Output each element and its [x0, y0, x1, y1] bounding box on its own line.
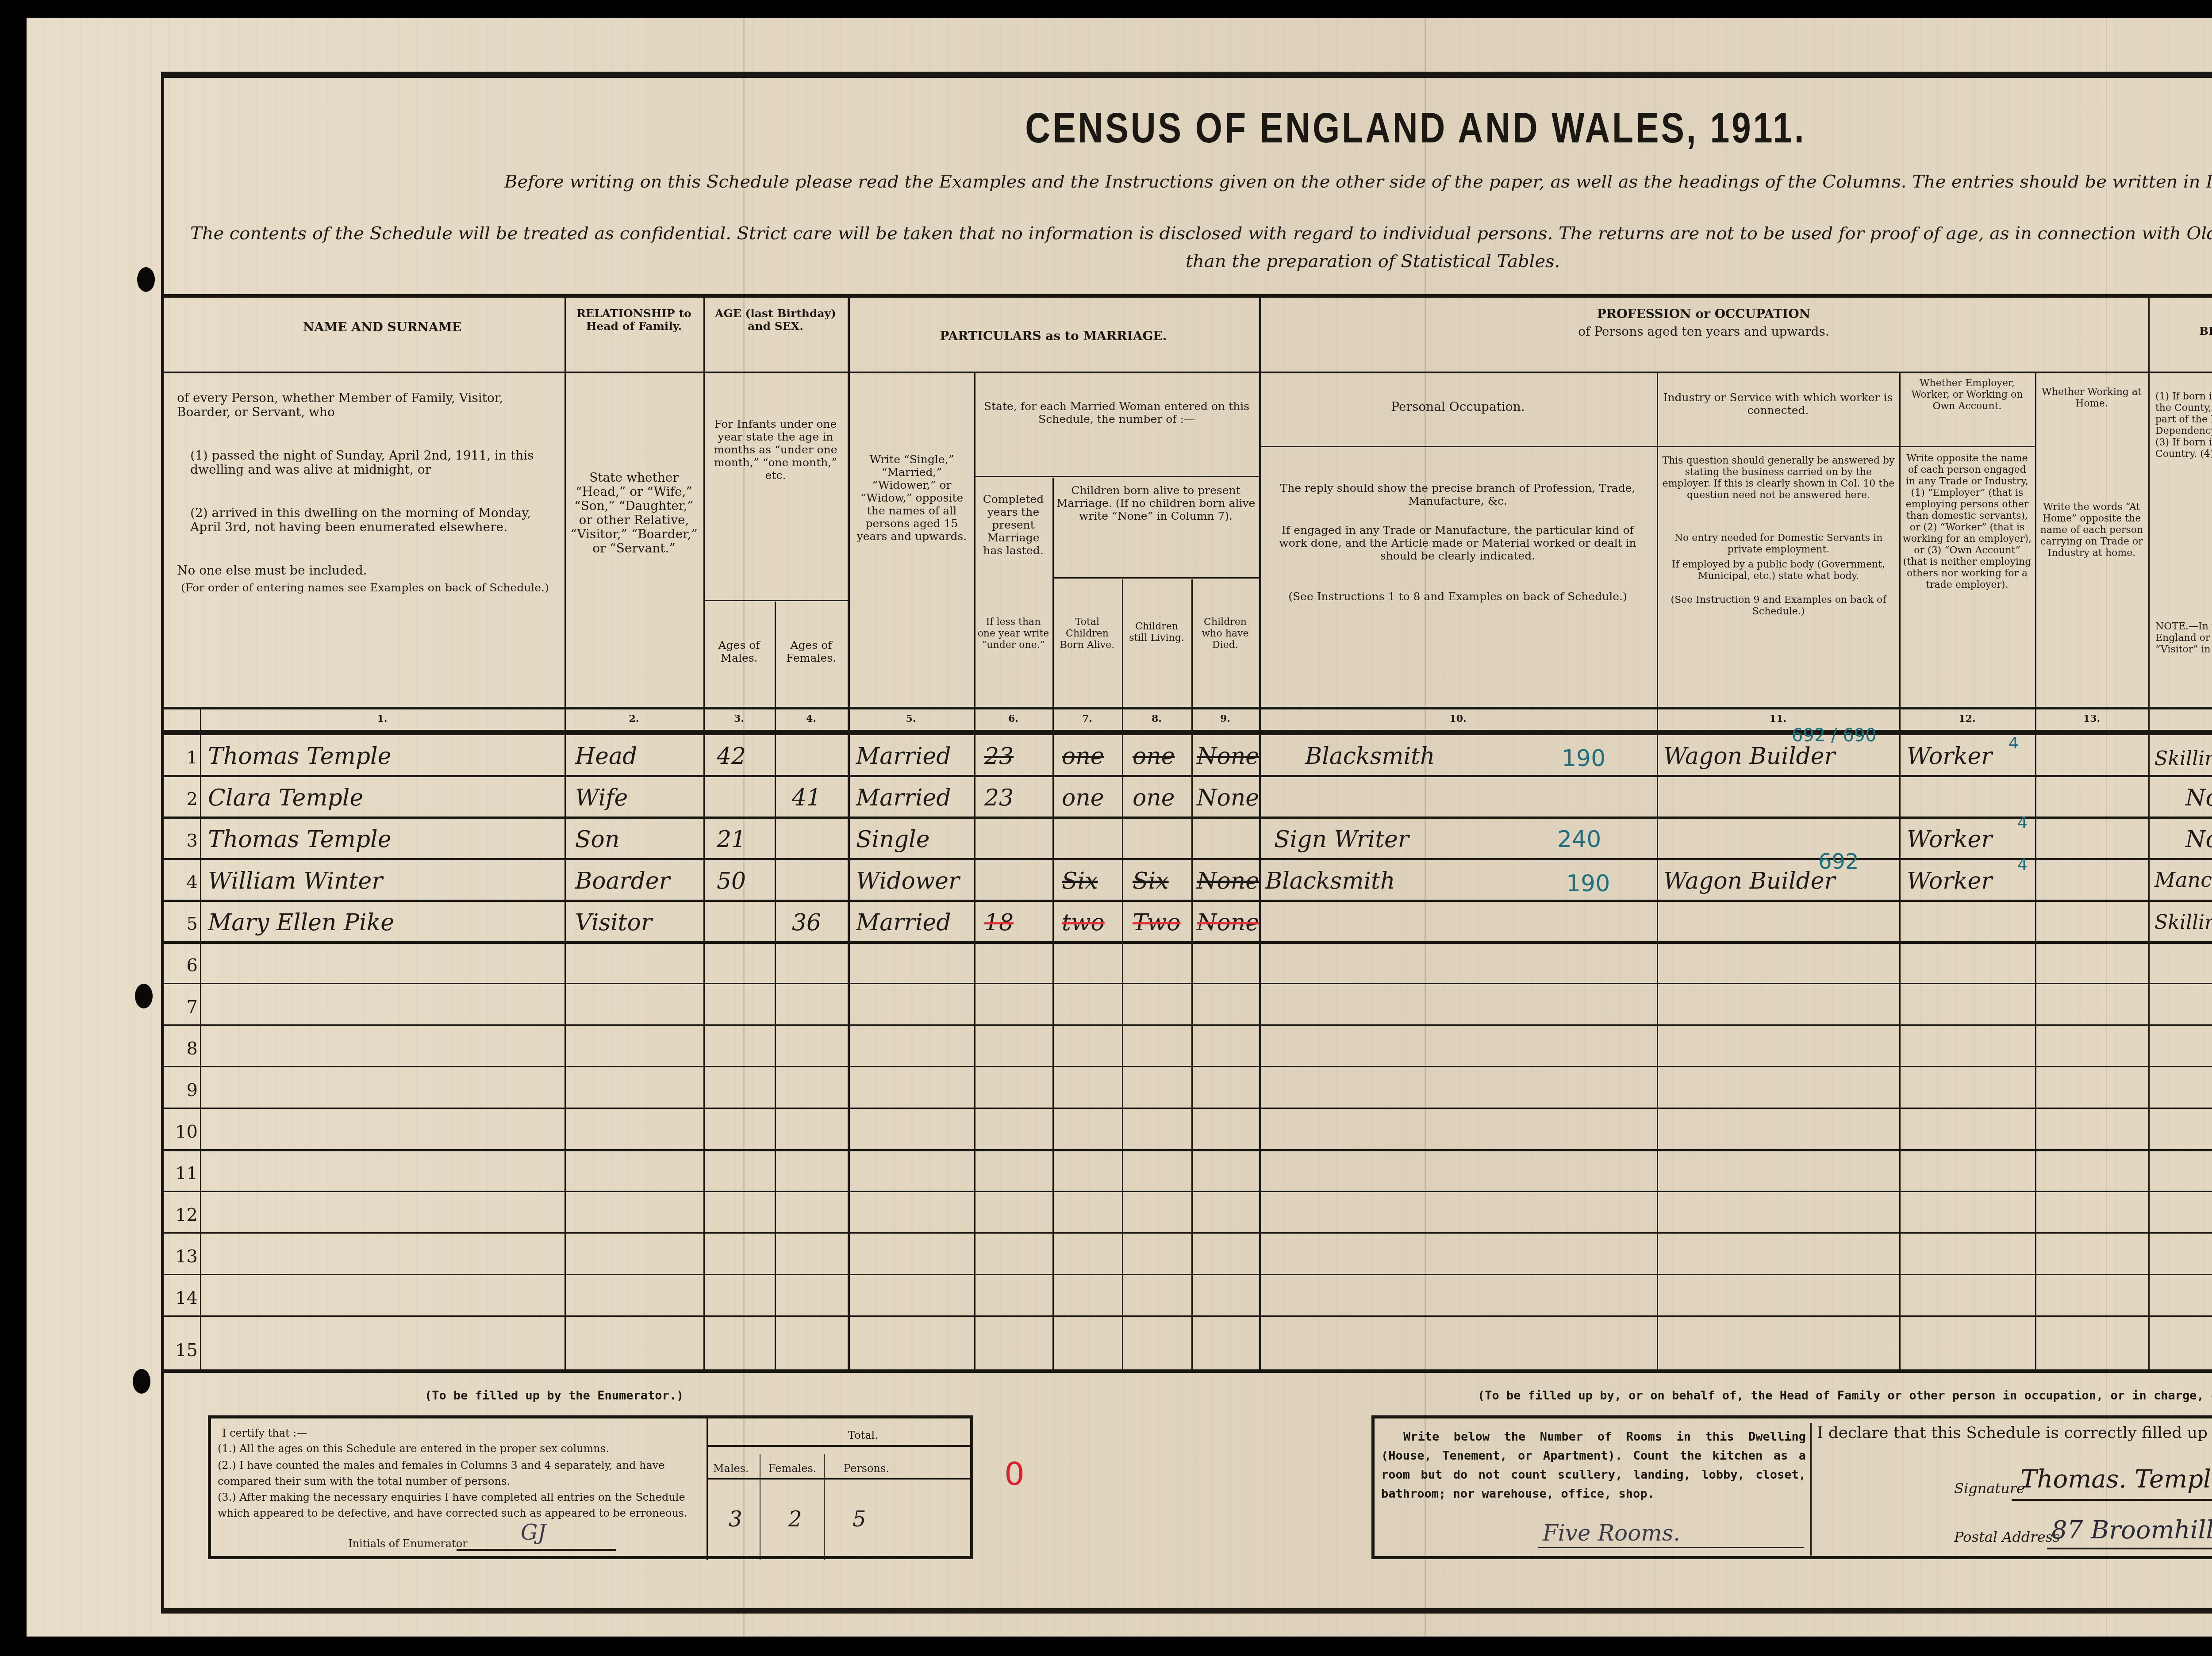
header-birthplace: BIRTHPLACE of every person.: [2148, 323, 2212, 339]
left-border-lower: [161, 1371, 164, 1612]
enumerator-box: I certify that :— (1.) All the ages on t…: [208, 1415, 973, 1559]
col-number: 2.: [565, 713, 703, 724]
red-circle-mark: 0: [1004, 1455, 1025, 1492]
row-number: 1: [161, 747, 198, 768]
header-occ-desc2: If engaged in any Trade or Manufacture, …: [1265, 522, 1650, 564]
cell-employment[interactable]: Worker: [1907, 826, 1992, 853]
total-males[interactable]: 3: [729, 1507, 742, 1532]
row-number: 11: [161, 1163, 198, 1184]
cell-living[interactable]: one: [1133, 785, 1175, 811]
total-persons[interactable]: 5: [853, 1507, 866, 1532]
cell-industry-code: 692: [1818, 849, 1859, 874]
row-number: 2: [161, 789, 198, 809]
col-line: [1191, 579, 1193, 1371]
cell-occupation-code: 240: [1557, 826, 1601, 853]
header-employment: Whether Employer, Worker, or Working on …: [1899, 376, 2035, 414]
cell-born-alive[interactable]: one: [1062, 743, 1104, 770]
cell-name[interactable]: William Winter: [208, 868, 383, 894]
cell-marital[interactable]: Married: [856, 785, 951, 811]
cell-relationship[interactable]: Boarder: [575, 868, 670, 894]
col-line: [1657, 373, 1658, 1371]
row-line: [161, 775, 2212, 777]
cell-industry[interactable]: Wagon Builder: [1663, 743, 1835, 770]
row-line: [161, 900, 2212, 902]
totals-rule: [707, 1445, 972, 1447]
address-label: Postal Address: [1954, 1529, 2060, 1545]
header-children-born: Total Children Born Alive.: [1052, 615, 1122, 653]
cell-name[interactable]: Thomas Temple: [208, 826, 391, 853]
header-name-desc4: No one else must be included.: [168, 562, 562, 579]
cell-died[interactable]: None: [1197, 868, 1259, 894]
header-children: Children born alive to present Marriage.…: [1052, 482, 1259, 524]
cell-marital[interactable]: Married: [856, 909, 951, 936]
household-divider: [1810, 1423, 1812, 1556]
cell-industry[interactable]: Wagon Builder: [1663, 868, 1835, 894]
row-line: [161, 1149, 2212, 1151]
cell-relationship[interactable]: Wife: [575, 785, 628, 811]
initials-value[interactable]: GJ: [521, 1520, 546, 1545]
cell-occupation-code: 190: [1562, 745, 1605, 772]
header-occ-desc3: (See Instructions 1 to 8 and Examples on…: [1265, 588, 1650, 605]
cell-occupation[interactable]: Blacksmith: [1265, 868, 1395, 894]
col-number: 3.: [703, 713, 775, 724]
sub-rule: [703, 600, 848, 601]
header-age: AGE (last Birthday) and SEX.: [703, 305, 848, 334]
row-line: [161, 1232, 2212, 1234]
totals-rule: [707, 1478, 972, 1480]
intro-line-2: The contents of the Schedule will be tre…: [190, 223, 2212, 244]
row-line: [161, 816, 2212, 819]
cell-birthplace[interactable]: Nottingham: [2185, 785, 2212, 811]
cell-living[interactable]: Six: [1133, 868, 1169, 894]
header-children-living: Children still Living.: [1122, 619, 1191, 646]
cell-marital[interactable]: Married: [856, 743, 951, 770]
row-number: 7: [161, 997, 198, 1017]
row-line: [161, 1024, 2212, 1026]
certify-item-2: (2.) I have counted the males and female…: [218, 1457, 695, 1489]
certify-label: I certify that :—: [222, 1425, 307, 1441]
col-number: 14.: [2148, 713, 2212, 724]
sub-rule: [1259, 446, 2035, 447]
row-number: 8: [161, 1039, 198, 1059]
signature-line: [2012, 1499, 2212, 1501]
rooms-line: [1538, 1547, 1804, 1548]
cell-age-male[interactable]: 42: [717, 743, 746, 770]
cell-employment[interactable]: Worker: [1907, 868, 1992, 894]
address-value[interactable]: 87 Broomhill Road Bulwell: [2051, 1516, 2212, 1545]
cell-born-alive[interactable]: two: [1062, 909, 1105, 936]
row-line: [161, 1191, 2212, 1192]
cell-died[interactable]: None: [1197, 743, 1259, 770]
cell-employment-code: 4: [2017, 856, 2028, 874]
intro-line-3: than the preparation of Statistical Tabl…: [1186, 251, 1560, 272]
header-industry: Industry or Service with which worker is…: [1657, 389, 1899, 418]
enumerator-caption: (To be filled up by the Enumerator.): [425, 1389, 684, 1403]
row-line: [161, 1274, 2212, 1275]
col-line: [1122, 579, 1123, 1371]
row-line: [161, 941, 2212, 944]
rooms-instruction: Write below the Number of Rooms in this …: [1381, 1427, 1806, 1503]
cell-marital[interactable]: Widower: [856, 868, 960, 894]
total-females[interactable]: 2: [788, 1507, 802, 1532]
cell-relationship[interactable]: Son: [575, 826, 619, 853]
header-marriage: PARTICULARS as to MARRIAGE.: [848, 327, 1259, 345]
header-at-home: Whether Working at Home.: [2035, 385, 2148, 411]
col-line: [2148, 298, 2150, 1371]
cell-occupation-code: 190: [1566, 870, 1610, 897]
col-number: 12.: [1899, 713, 2035, 724]
col-number: 10.: [1259, 713, 1657, 724]
females-label: Females.: [768, 1460, 816, 1476]
col-line: [200, 709, 201, 1371]
cell-employment-code: 4: [2008, 734, 2019, 752]
cell-age-female[interactable]: 36: [792, 909, 821, 936]
cell-born-alive[interactable]: one: [1062, 785, 1104, 811]
cell-age-male[interactable]: 21: [717, 826, 746, 853]
cell-age-male[interactable]: 50: [717, 868, 746, 894]
header-birthplace-note: NOTE.—In the case of persons born elsewh…: [2153, 619, 2212, 657]
cell-name[interactable]: Mary Ellen Pike: [208, 909, 394, 936]
col-number: 4.: [775, 713, 848, 724]
punch-hole: [137, 267, 155, 292]
cell-employment-code: 4: [2017, 814, 2028, 832]
cell-birthplace[interactable]: Skillington Lincolnshire: [2154, 911, 2212, 934]
header-age-desc: For Infants under one year state the age…: [703, 416, 848, 483]
header-occ-desc1: The reply should show the precise branch…: [1265, 480, 1650, 509]
header-birthplace-desc: (1) If born in the United Kingdom, write…: [2153, 389, 2212, 462]
header-industry-desc1: This question should generally be answer…: [1659, 453, 1898, 503]
top-border: [161, 72, 2212, 78]
cell-name[interactable]: Thomas Temple: [208, 743, 391, 770]
header-name-desc1: of every Person, whether Member of Famil…: [168, 389, 562, 421]
cell-years-married[interactable]: 18: [984, 909, 1014, 936]
header-top-rule: [161, 294, 2212, 298]
cell-name[interactable]: Clara Temple: [208, 785, 363, 811]
cell-industry-code: 692 / 690: [1792, 725, 1877, 746]
bottom-border: [161, 1608, 2212, 1614]
header-sub-rule: [161, 372, 2212, 373]
col-number: 7.: [1052, 713, 1122, 724]
row-number: 13: [161, 1246, 198, 1267]
col-line: [1259, 298, 1261, 1371]
col-number: 13.: [2035, 713, 2148, 724]
header-ages-females: Ages of Females.: [775, 637, 848, 666]
address-line: [2047, 1548, 2212, 1549]
col-number: 9.: [1191, 713, 1259, 724]
row-number: 10: [161, 1122, 198, 1142]
cell-birthplace[interactable]: Nottingham: [2185, 826, 2212, 853]
col-number: 1.: [200, 713, 565, 724]
household-caption: (To be filled up by, or on behalf of, th…: [1478, 1389, 2212, 1403]
header-relationship-desc: State whether “Head,” or “Wife,” “Son,” …: [565, 469, 703, 557]
cell-died[interactable]: None: [1197, 909, 1259, 936]
rooms-value[interactable]: Five Rooms.: [1543, 1520, 1680, 1546]
header-years-married-note: If less than one year write “under one.”: [974, 615, 1052, 653]
col-number: 6.: [974, 713, 1052, 724]
cell-birthplace[interactable]: Manchester Lancs: [2154, 868, 2212, 892]
cell-born-alive[interactable]: Six: [1062, 868, 1098, 894]
header-children-died: Children who have Died.: [1191, 615, 1259, 653]
cell-occupation[interactable]: Blacksmith: [1305, 743, 1435, 770]
header-name-desc5: (For order of entering names see Example…: [168, 579, 562, 596]
header-ages-males: Ages of Males.: [703, 637, 775, 666]
signature-label: Signature: [1954, 1480, 2025, 1496]
row-number: 9: [161, 1080, 198, 1100]
row-line: [161, 983, 2212, 984]
totals-divider: [707, 1418, 708, 1560]
row-line: [161, 1108, 2212, 1109]
colnum-top-rule: [161, 707, 2212, 709]
header-personal-occupation: Personal Occupation.: [1259, 398, 1657, 416]
header-occupation: PROFESSION or OCCUPATION: [1259, 305, 2148, 323]
household-box: Write below the Number of Rooms in this …: [1371, 1415, 2212, 1559]
row-number: 4: [161, 872, 198, 893]
cell-relationship[interactable]: Visitor: [575, 909, 652, 936]
row-line: [161, 1315, 2212, 1317]
header-occupation-sub: of Persons aged ten years and upwards.: [1259, 323, 2148, 341]
row-number: 14: [161, 1288, 198, 1308]
header-name: NAME AND SURNAME: [200, 318, 565, 336]
col-number: 5.: [848, 713, 974, 724]
certify-item-3: (3.) After making the necessary enquirie…: [218, 1489, 695, 1521]
punch-hole: [133, 1369, 150, 1394]
signature-value[interactable]: Thomas. Temple: [2020, 1465, 2212, 1494]
cell-living[interactable]: one: [1133, 743, 1175, 770]
cell-occupation[interactable]: Sign Writer: [1274, 826, 1409, 853]
header-condition: Write “Single,” “Married,” “Widower,” or…: [849, 451, 974, 544]
header-industry-desc2: No entry needed for Domestic Servants in…: [1659, 531, 1898, 557]
sub-rule: [974, 476, 1259, 477]
col-number: 8.: [1122, 713, 1191, 724]
header-years-married: Completed years the present Marriage has…: [974, 491, 1052, 559]
table-bottom-rule: [161, 1369, 2212, 1373]
col-number: 11.: [1657, 713, 1899, 724]
header-name-desc2: (1) passed the night of Sunday, April 2n…: [177, 447, 562, 479]
declaration-text: I declare that this Schedule is correctl…: [1817, 1425, 2212, 1441]
total-label: Total.: [848, 1427, 878, 1443]
row-number: 3: [161, 831, 198, 851]
header-industry-desc4: (See Instruction 9 and Examples on back …: [1659, 593, 1898, 619]
header-relationship: RELATIONSHIP to Head of Family.: [565, 305, 703, 334]
colnum-bottom-rule: [161, 730, 2212, 735]
cell-relationship[interactable]: Head: [575, 743, 637, 770]
persons-label: Persons.: [844, 1460, 889, 1476]
row-line: [161, 858, 2212, 860]
header-name-desc3: (2) arrived in this dwelling on the morn…: [177, 504, 562, 536]
page-title: CENSUS OF ENGLAND AND WALES, 1911.: [872, 104, 1960, 153]
col-line: [1052, 478, 1054, 1371]
row-line: [161, 1066, 2212, 1067]
initials-line: [457, 1549, 616, 1551]
cell-years-married[interactable]: 23: [984, 785, 1014, 811]
sub-rule: [1052, 577, 1259, 579]
cell-age-female[interactable]: 41: [792, 785, 821, 811]
row-number: 6: [161, 955, 198, 976]
males-label: Males.: [713, 1460, 749, 1476]
row-number: 15: [161, 1340, 198, 1361]
punch-hole: [135, 984, 153, 1008]
header-employment-desc: Write opposite the name of each person e…: [1899, 451, 2035, 593]
row-number: 12: [161, 1205, 198, 1225]
col-line: [565, 298, 566, 1371]
cell-years-married[interactable]: 23: [984, 743, 1014, 770]
initials-label: Initials of Enumerator: [348, 1536, 468, 1552]
cell-marital[interactable]: Single: [856, 826, 929, 853]
cell-employment[interactable]: Worker: [1907, 743, 1992, 770]
header-at-home-desc: Write the words “At Home” opposite the n…: [2035, 500, 2148, 561]
header-industry-desc3: If employed by a public body (Government…: [1659, 557, 1898, 584]
certify-item-1: (1.) All the ages on this Schedule are e…: [218, 1441, 695, 1457]
header-married-woman: State, for each Married Woman entered on…: [974, 398, 1259, 427]
row-number: 5: [161, 914, 198, 934]
cell-living[interactable]: Two: [1133, 909, 1181, 936]
cell-died[interactable]: None: [1197, 785, 1259, 811]
totals-col-line: [760, 1454, 760, 1560]
totals-col-line: [824, 1454, 825, 1560]
cell-birthplace[interactable]: Skillington Lincolnshire: [2154, 747, 2212, 770]
intro-line-1: Before writing on this Schedule please r…: [504, 172, 2212, 192]
